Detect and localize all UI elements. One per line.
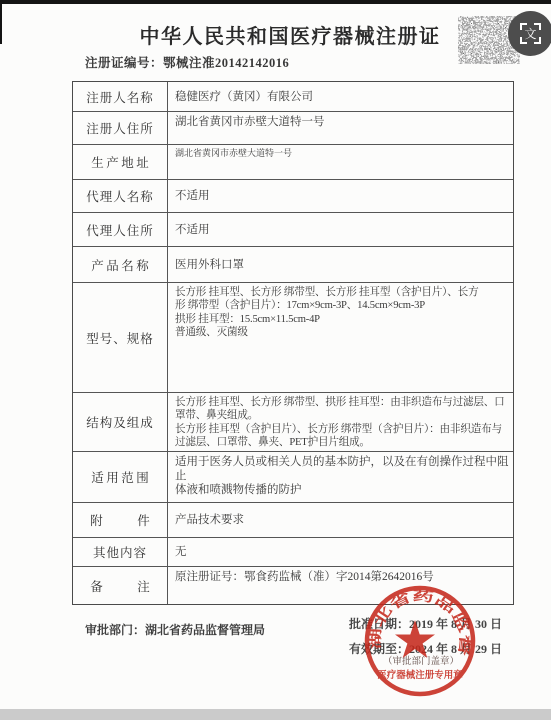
registration-number: 注册证编号：鄂械注准20142142016 [85, 53, 289, 71]
translate-icon: 文 [520, 23, 541, 44]
row-label: 注册人住所 [73, 112, 168, 144]
row-label: 型号、规格 [73, 283, 168, 392]
row-label: 代理人名称 [73, 180, 168, 212]
bracket-corner [520, 37, 527, 44]
approval-department: 审批部门：湖北省药品监督管理局 [85, 621, 265, 638]
row-label: 附 件 [73, 503, 168, 537]
row-label: 产品名称 [73, 247, 168, 282]
row-label: 代理人住所 [73, 213, 168, 246]
table-row-registrant-name: 注册人名称 稳健医疗（黄冈）有限公司 [73, 82, 513, 112]
row-value: 湖北省黄冈市赤壁大道特一号 [168, 112, 513, 144]
row-label: 注册人名称 [73, 82, 168, 111]
row-label: 备 注 [73, 567, 168, 604]
table-row-structure: 结构及组成 长方形 挂耳型、长方形 绑带型、拱形 挂耳型：由非织造布与过滤层、口… [73, 393, 513, 452]
seal-star [395, 620, 435, 658]
bracket-corner [534, 37, 541, 44]
certificate-page: 中华人民共和国医疗器械注册证 注册证编号：鄂械注准20142142016 文 注… [0, 0, 551, 720]
row-value: 医用外科口罩 [168, 247, 513, 282]
row-label: 适用范围 [73, 452, 168, 502]
row-label: 生产地址 [73, 145, 168, 179]
approval-department-label: 审批部门： [85, 623, 145, 637]
row-value: 长方形 挂耳型、长方形 绑带型、长方形 挂耳型（含护目片）、长方 形 绑带型（含… [168, 283, 513, 392]
translate-button[interactable]: 文 [508, 11, 551, 56]
registration-number-value: 鄂械注准20142142016 [163, 56, 289, 70]
page-title: 中华人民共和国医疗器械注册证 [60, 20, 520, 49]
seal-bottom-text: 医疗器械注册专用章 [377, 669, 463, 681]
approval-department-value: 湖北省药品监督管理局 [145, 623, 265, 637]
row-value: 稳健医疗（黄冈）有限公司 [168, 82, 513, 111]
row-value: 湖北省黄冈市赤壁大道特一号 [168, 145, 513, 179]
row-value: 不适用 [168, 180, 513, 212]
svg-text:湖北省药品监督管理局: 湖北省药品监督管理局 [335, 555, 474, 657]
table-row-registrant-address: 注册人住所 湖北省黄冈市赤壁大道特一号 [73, 112, 513, 145]
bracket-corner [520, 23, 527, 30]
row-value: 产品技术要求 [168, 503, 513, 537]
certificate-table: 注册人名称 稳健医疗（黄冈）有限公司 注册人住所 湖北省黄冈市赤壁大道特一号 生… [72, 81, 514, 605]
row-label: 结构及组成 [73, 393, 168, 451]
row-value: 不适用 [168, 213, 513, 246]
table-row-product-name: 产品名称 医用外科口罩 [73, 247, 513, 283]
table-row-agent-address: 代理人住所 不适用 [73, 213, 513, 247]
table-row-agent-name: 代理人名称 不适用 [73, 180, 513, 213]
row-value: 适用于医务人员或相关人员的基本防护，以及在有创操作过程中阻止 体液和喷溅物传播的… [168, 452, 513, 502]
left-edge-bar [0, 0, 2, 44]
table-row-scope: 适用范围 适用于医务人员或相关人员的基本防护，以及在有创操作过程中阻止 体液和喷… [73, 452, 513, 503]
official-seal: 湖北省药品监督管理局 医疗器械注册专用章 [335, 555, 505, 720]
table-row-production-address: 生产地址 湖北省黄冈市赤壁大道特一号 [73, 145, 513, 180]
bracket-corner [534, 23, 541, 30]
table-row-attachment: 附 件 产品技术要求 [73, 503, 513, 538]
top-edge-bar [0, 0, 551, 4]
row-label: 其他内容 [73, 538, 168, 566]
registration-number-label: 注册证编号： [85, 56, 163, 70]
row-value: 长方形 挂耳型、长方形 绑带型、拱形 挂耳型：由非织造布与过滤层、口 罩带、鼻夹… [168, 393, 513, 451]
table-row-model-spec: 型号、规格 长方形 挂耳型、长方形 绑带型、长方形 挂耳型（含护目片）、长方 形… [73, 283, 513, 393]
seal-arc-text: 湖北省药品监督管理局 [335, 555, 474, 657]
